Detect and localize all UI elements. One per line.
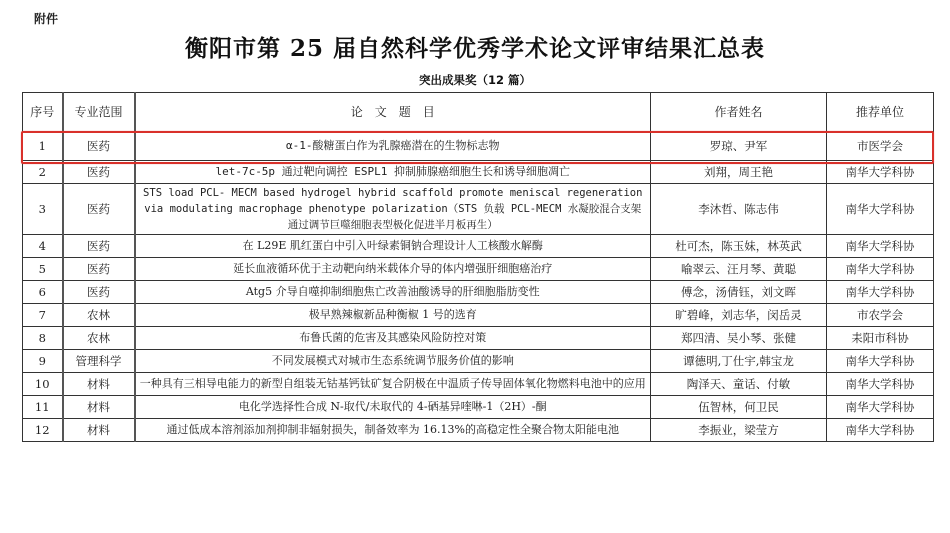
attachment-label: 附件 <box>34 10 58 27</box>
award-category-subtitle: 突出成果奖（12 篇） <box>0 72 950 88</box>
table-row: 6 医药 Atg5 介导自噬抑制细胞焦亡改善油酸诱导的肝细胞脂肪变性 傅念，汤倩… <box>23 281 934 304</box>
cell-seq: 6 <box>23 281 63 304</box>
table-row: 7 农林 极早熟辣椒新品种衡椒 1 号的选育 旷碧峰，刘志华，闵岳灵 市农学会 <box>23 304 934 327</box>
cell-recommender: 南华大学科协 <box>827 161 934 184</box>
cell-paper-title: α-1-酸糖蛋白作为乳腺癌潜在的生物标志物 <box>135 132 651 161</box>
cell-recommender: 市医学会 <box>827 132 934 161</box>
cell-recommender: 南华大学科协 <box>827 419 934 442</box>
cell-seq: 9 <box>23 350 63 373</box>
cell-recommender: 南华大学科协 <box>827 373 934 396</box>
cell-seq: 10 <box>23 373 63 396</box>
cell-recommender: 南华大学科协 <box>827 184 934 235</box>
cell-seq: 3 <box>23 184 63 235</box>
cell-field: 医药 <box>63 161 135 184</box>
cell-authors: 李振业，梁莹方 <box>651 419 827 442</box>
cell-field: 农林 <box>63 327 135 350</box>
cell-recommender: 南华大学科协 <box>827 235 934 258</box>
table-row: 3 医药 STS load PCL- MECM based hydrogel h… <box>23 184 934 235</box>
cell-field: 医药 <box>63 184 135 235</box>
cell-paper-title: 不同发展模式对城市生态系统调节服务价值的影响 <box>135 350 651 373</box>
cell-authors: 陶泽天、童话、付敏 <box>651 373 827 396</box>
table-row: 4 医药 在 L29E 肌红蛋白中引入叶绿素铜钠合理设计人工核酸水解酶 杜可杰，… <box>23 235 934 258</box>
table-header-row: 序号 专业范围 论 文 题 目 作者姓名 推荐单位 <box>23 93 934 132</box>
cell-paper-title: 延长血液循环优于主动靶向纳米载体介导的体内增强肝细胞癌治疗 <box>135 258 651 281</box>
cell-recommender: 市农学会 <box>827 304 934 327</box>
cell-field: 医药 <box>63 258 135 281</box>
cell-recommender: 南华大学科协 <box>827 281 934 304</box>
cell-seq: 1 <box>23 132 63 161</box>
cell-paper-title: STS load PCL- MECM based hydrogel hybrid… <box>135 184 651 235</box>
cell-authors: 罗琼、尹军 <box>651 132 827 161</box>
cell-paper-title: 电化学选择性合成 N-取代/未取代的 4-硒基异喹啉-1（2H）-酮 <box>135 396 651 419</box>
cell-paper-title: 在 L29E 肌红蛋白中引入叶绿素铜钠合理设计人工核酸水解酶 <box>135 235 651 258</box>
cell-authors: 郑四清、吴小琴、张健 <box>651 327 827 350</box>
cell-recommender: 南华大学科协 <box>827 258 934 281</box>
cell-field: 管理科学 <box>63 350 135 373</box>
cell-paper-title: 布鲁氏菌的危害及其感染风险防控对策 <box>135 327 651 350</box>
table-row: 9 管理科学 不同发展模式对城市生态系统调节服务价值的影响 谭德明,丁仕宇,韩宝… <box>23 350 934 373</box>
cell-authors: 旷碧峰，刘志华，闵岳灵 <box>651 304 827 327</box>
cell-paper-title: 一种具有三相导电能力的新型自组装无钴基钙钛矿复合阴极在中温质子传导固体氧化物燃料… <box>135 373 651 396</box>
results-table: 序号 专业范围 论 文 题 目 作者姓名 推荐单位 1 医药 α-1-酸糖蛋白作… <box>22 92 934 442</box>
cell-seq: 12 <box>23 419 63 442</box>
cell-recommender: 南华大学科协 <box>827 350 934 373</box>
cell-recommender: 南华大学科协 <box>827 396 934 419</box>
document-title: 衡阳市第 25 届自然科学优秀学术论文评审结果汇总表 <box>0 30 950 63</box>
header-field: 专业范围 <box>63 93 135 132</box>
table-row: 8 农林 布鲁氏菌的危害及其感染风险防控对策 郑四清、吴小琴、张健 耒阳市科协 <box>23 327 934 350</box>
cell-authors: 刘翔，周王艳 <box>651 161 827 184</box>
cell-paper-title: 通过低成本溶剂添加剂抑制非辐射损失，制备效率为 16.13%的高稳定性全聚合物太… <box>135 419 651 442</box>
cell-paper-title: Atg5 介导自噬抑制细胞焦亡改善油酸诱导的肝细胞脂肪变性 <box>135 281 651 304</box>
table-row: 10 材料 一种具有三相导电能力的新型自组装无钴基钙钛矿复合阴极在中温质子传导固… <box>23 373 934 396</box>
cell-authors: 李沐哲、陈志伟 <box>651 184 827 235</box>
table-row: 5 医药 延长血液循环优于主动靶向纳米载体介导的体内增强肝细胞癌治疗 喻翠云、汪… <box>23 258 934 281</box>
cell-field: 医药 <box>63 281 135 304</box>
cell-authors: 杜可杰，陈玉妹，林英武 <box>651 235 827 258</box>
table-row: 12 材料 通过低成本溶剂添加剂抑制非辐射损失，制备效率为 16.13%的高稳定… <box>23 419 934 442</box>
table-row: 1 医药 α-1-酸糖蛋白作为乳腺癌潜在的生物标志物 罗琼、尹军 市医学会 <box>23 132 934 161</box>
cell-seq: 11 <box>23 396 63 419</box>
header-seq: 序号 <box>23 93 63 132</box>
table-row: 11 材料 电化学选择性合成 N-取代/未取代的 4-硒基异喹啉-1（2H）-酮… <box>23 396 934 419</box>
cell-field: 材料 <box>63 419 135 442</box>
header-recommender: 推荐单位 <box>827 93 934 132</box>
header-authors: 作者姓名 <box>651 93 827 132</box>
header-paper-title: 论 文 题 目 <box>135 93 651 132</box>
cell-field: 材料 <box>63 373 135 396</box>
cell-authors: 伍智林，何卫民 <box>651 396 827 419</box>
cell-paper-title: let-7c-5p 通过靶向调控 ESPL1 抑制肺腺癌细胞生长和诱导细胞凋亡 <box>135 161 651 184</box>
cell-authors: 喻翠云、汪月琴、黄聪 <box>651 258 827 281</box>
table-row: 2 医药 let-7c-5p 通过靶向调控 ESPL1 抑制肺腺癌细胞生长和诱导… <box>23 161 934 184</box>
cell-field: 农林 <box>63 304 135 327</box>
cell-paper-title: 极早熟辣椒新品种衡椒 1 号的选育 <box>135 304 651 327</box>
cell-field: 医药 <box>63 132 135 161</box>
cell-seq: 4 <box>23 235 63 258</box>
cell-recommender: 耒阳市科协 <box>827 327 934 350</box>
cell-seq: 5 <box>23 258 63 281</box>
cell-authors: 傅念，汤倩钰，刘文晖 <box>651 281 827 304</box>
cell-seq: 7 <box>23 304 63 327</box>
cell-seq: 8 <box>23 327 63 350</box>
cell-seq: 2 <box>23 161 63 184</box>
cell-authors: 谭德明,丁仕宇,韩宝龙 <box>651 350 827 373</box>
cell-field: 医药 <box>63 235 135 258</box>
cell-field: 材料 <box>63 396 135 419</box>
